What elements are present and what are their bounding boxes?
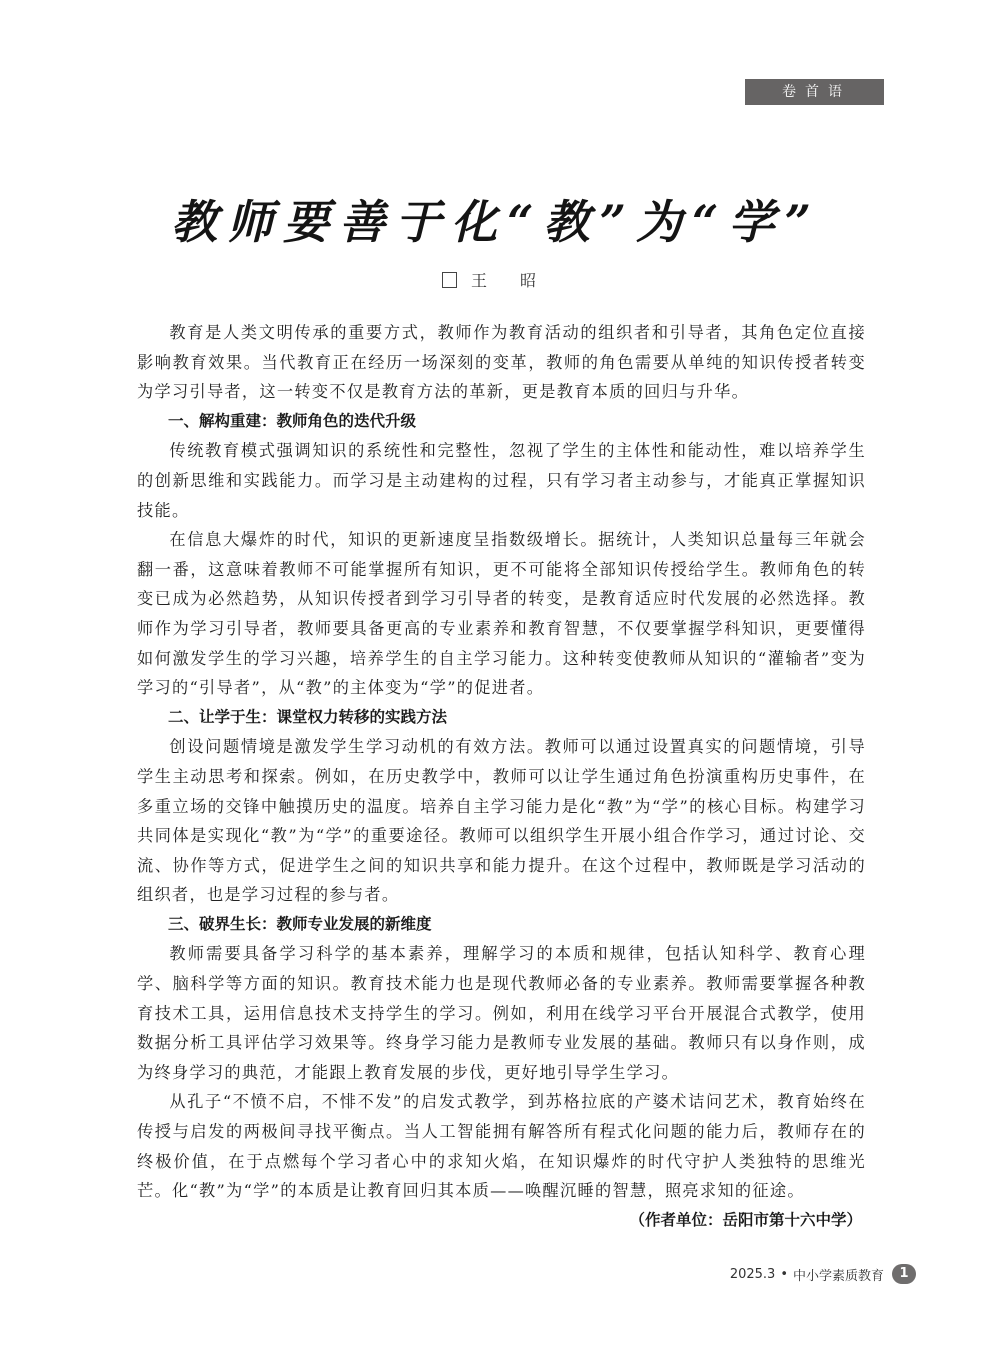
paragraph: 创设问题情境是激发学生学习动机的有效方法。教师可以通过设置真实的问题情境，引导学… <box>137 732 866 910</box>
author-affiliation: （作者单位：岳阳市第十六中学） <box>137 1206 866 1236</box>
author-name: 王 昭 <box>471 271 550 290</box>
issue-number: 2025.3 <box>730 1267 776 1282</box>
journal-name: 中小学素质教育 <box>793 1265 884 1284</box>
section-tag: 卷首语 <box>745 79 884 105</box>
article-title: 教师要善于化“教”为“学” <box>0 186 992 252</box>
byline: 王 昭 <box>0 268 992 291</box>
section-heading-2: 二、让学于生：课堂权力转移的实践方法 <box>137 703 866 733</box>
intro-paragraph: 教育是人类文明传承的重要方式，教师作为教育活动的组织者和引导者，其角色定位直接影… <box>137 318 866 407</box>
paragraph: 教师需要具备学习科学的基本素养，理解学习的本质和规律，包括认知科学、教育心理学、… <box>137 939 866 1087</box>
page-number-badge: 1 <box>892 1264 916 1284</box>
separator-dot: • <box>780 1267 788 1282</box>
paragraph: 传统教育模式强调知识的系统性和完整性，忽视了学生的主体性和能动性，难以培养学生的… <box>137 436 866 525</box>
section-heading-3: 三、破界生长：教师专业发展的新维度 <box>137 910 866 940</box>
section-heading-1: 一、解构重建：教师角色的迭代升级 <box>137 407 866 437</box>
paragraph: 从孔子“不愤不启，不悱不发”的启发式教学，到苏格拉底的产婆术诘问艺术，教育始终在… <box>137 1087 866 1205</box>
author-box-icon <box>442 272 457 288</box>
paragraph: 在信息大爆炸的时代，知识的更新速度呈指数级增长。据统计，人类知识总量每三年就会翻… <box>137 525 866 703</box>
article-body: 教育是人类文明传承的重要方式，教师作为教育活动的组织者和引导者，其角色定位直接影… <box>137 318 866 1235</box>
page-footer: 2025.3 • 中小学素质教育 1 <box>730 1264 916 1284</box>
